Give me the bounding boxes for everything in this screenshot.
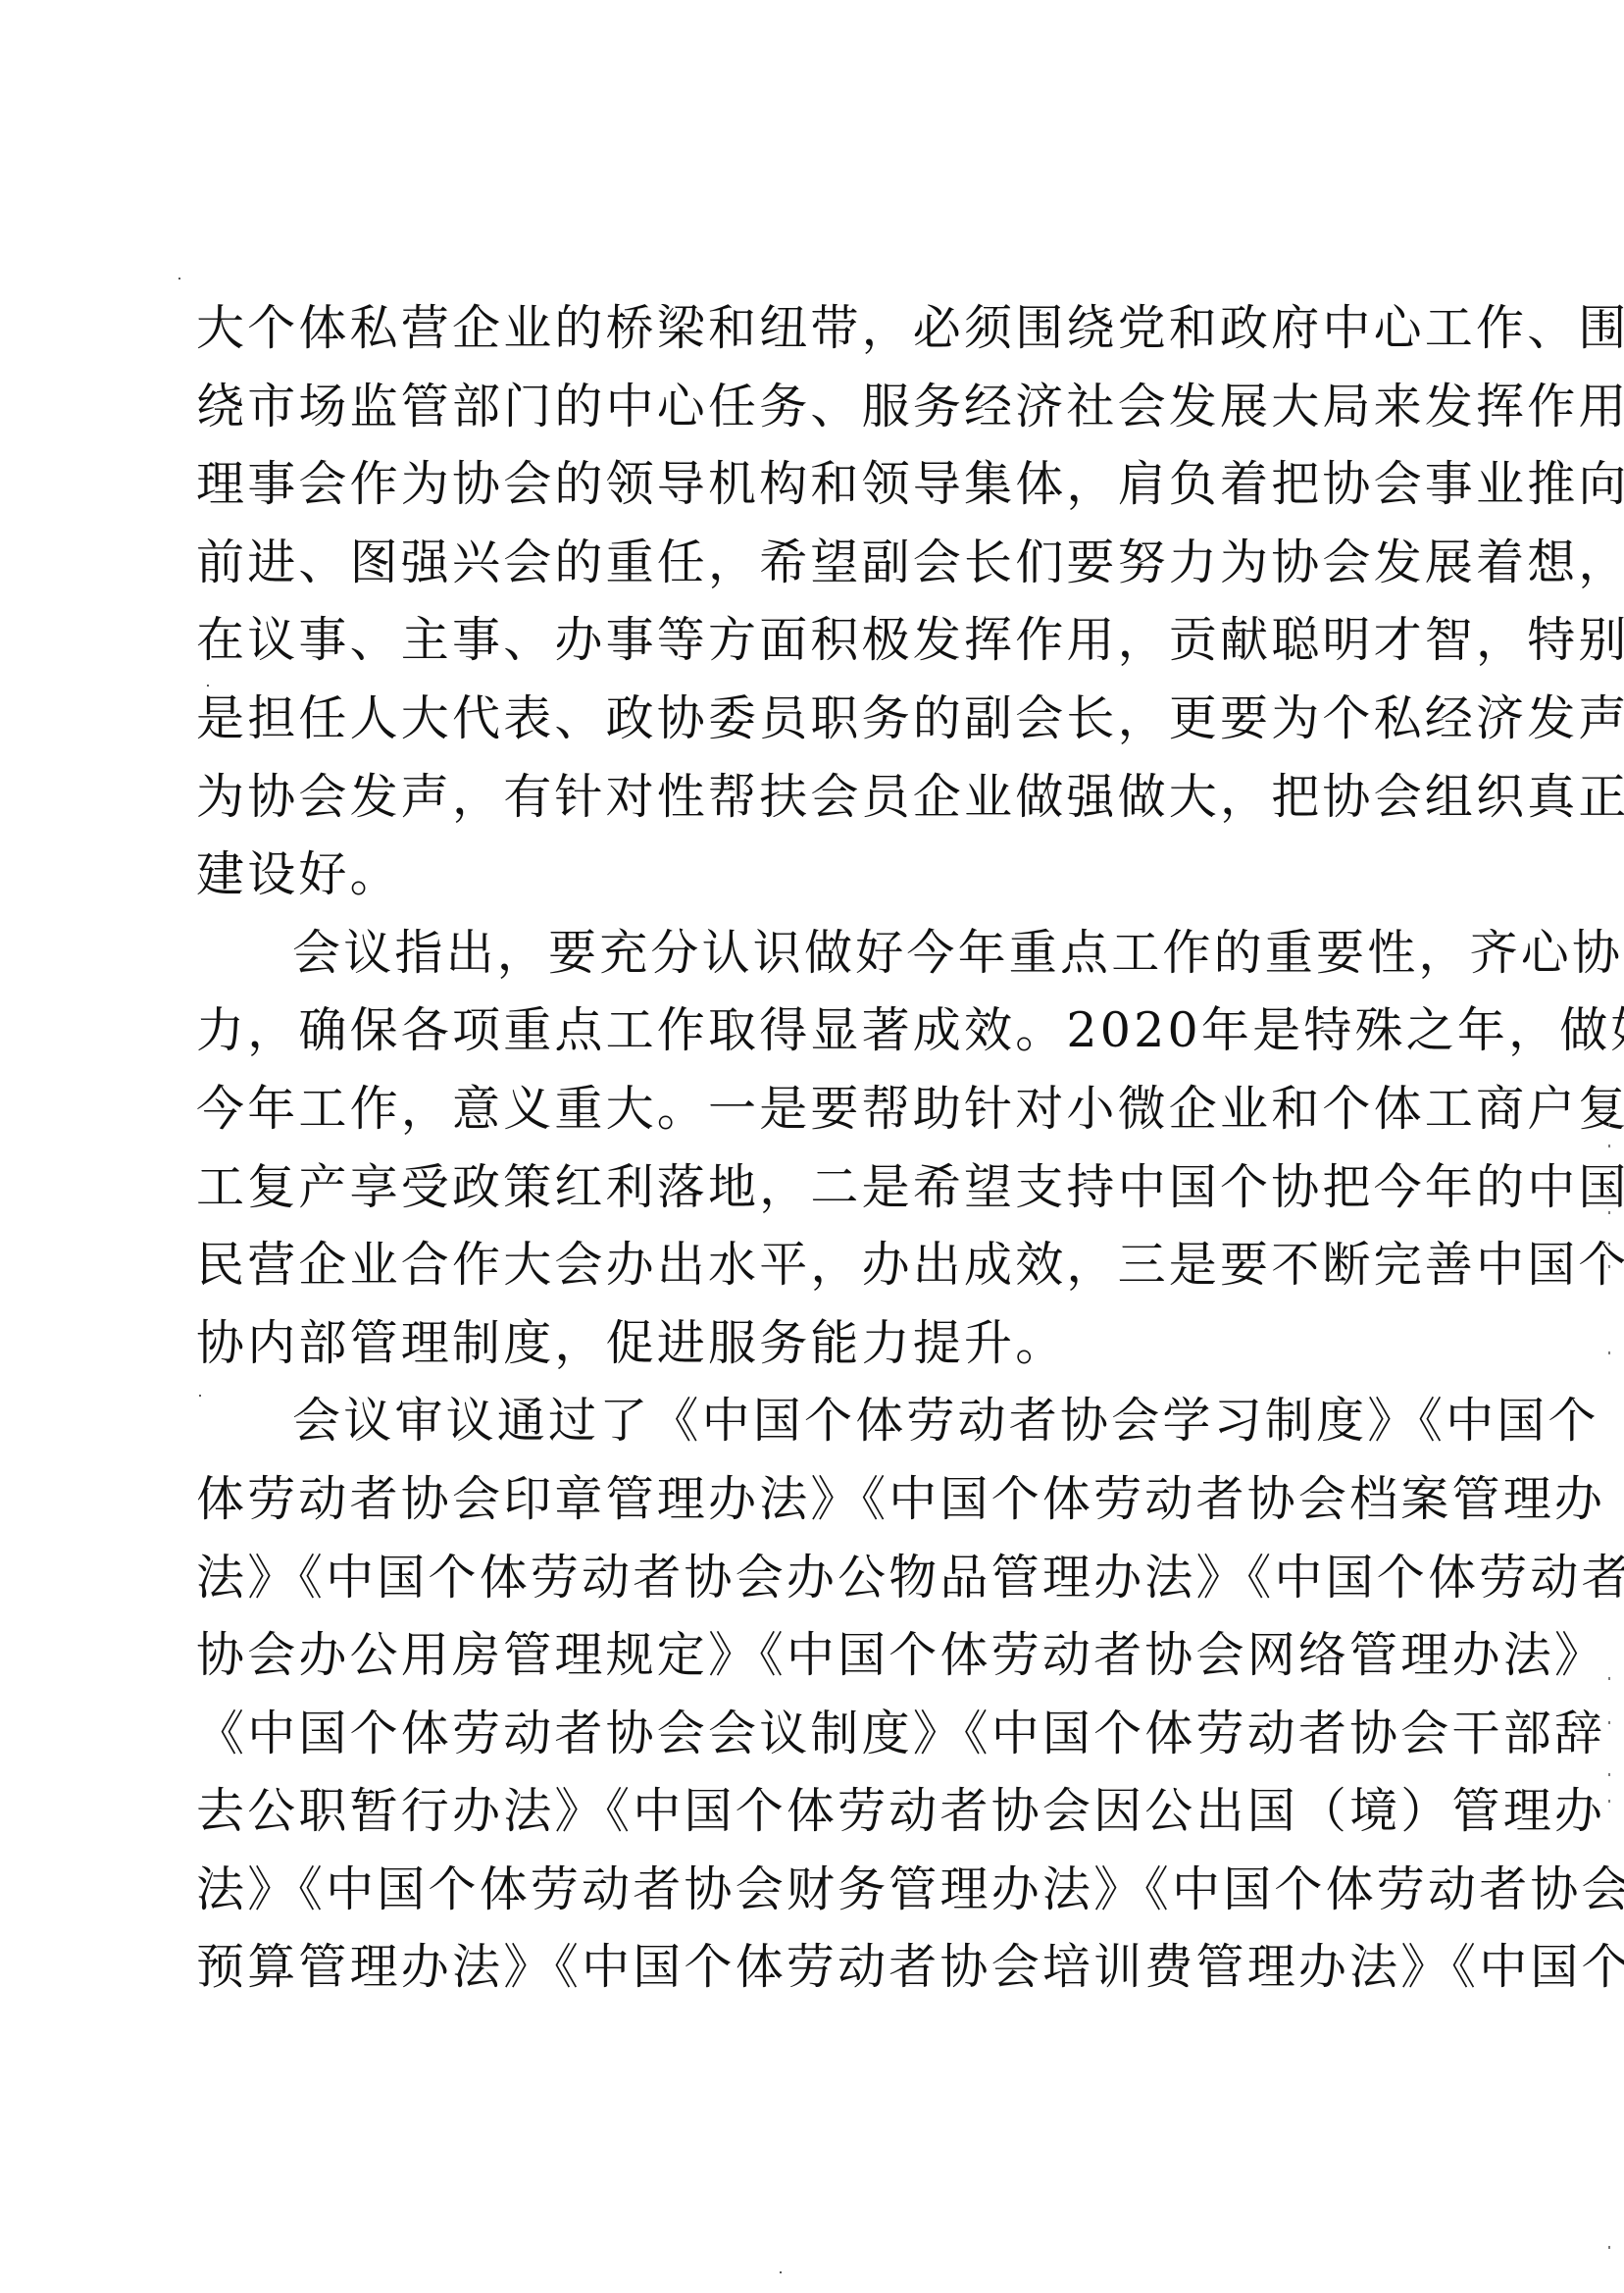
text-line: 工复产享受政策红利落地，二是希望支持中国个协把今年的中国 <box>196 1148 1434 1227</box>
document-body: 大个体私营企业的桥梁和纽带，必须围绕党和政府中心工作、围 绕市场监管部门的中心任… <box>196 289 1434 2007</box>
scan-speck <box>178 278 180 280</box>
text-line: 法》《中国个体劳动者协会财务管理办法》《中国个体劳动者协会 <box>196 1851 1434 1929</box>
scan-edge-mark <box>1608 1211 1610 1214</box>
text-line: 是担任人大代表、政协委员职务的副会长，更要为个私经济发声， <box>196 680 1434 758</box>
text-line: 体劳动者协会印章管理办法》《中国个体劳动者协会档案管理办 <box>196 1460 1434 1539</box>
paragraph-1: 大个体私营企业的桥梁和纽带，必须围绕党和政府中心工作、围 绕市场监管部门的中心任… <box>196 289 1434 914</box>
text-line: 民营企业合作大会办出水平，办出成效，三是要不断完善中国个 <box>196 1226 1434 1304</box>
text-line: 绕市场监管部门的中心任务、服务经济社会发展大局来发挥作用。 <box>196 368 1434 446</box>
text-line: 协内部管理制度，促进服务能力提升。 <box>196 1304 1434 1383</box>
scan-edge-mark <box>1608 1123 1610 1126</box>
scan-edge-mark <box>1608 1351 1610 1354</box>
text-line: 法》《中国个体劳动者协会办公物品管理办法》《中国个体劳动者 <box>196 1539 1434 1617</box>
text-line: 在议事、主事、办事等方面积极发挥作用，贡献聪明才智，特别 <box>196 601 1434 680</box>
text-line: 《中国个体劳动者协会会议制度》《中国个体劳动者协会干部辞 <box>196 1695 1434 1773</box>
text-line: 预算管理办法》《中国个体劳动者协会培训费管理办法》《中国个 <box>196 1928 1434 2007</box>
scan-edge-mark <box>1608 1243 1610 1246</box>
paragraph-3: 会议审议通过了《中国个体劳动者协会学习制度》《中国个 体劳动者协会印章管理办法》… <box>196 1382 1434 2007</box>
text-line: 去公职暂行办法》《中国个体劳动者协会因公出国（境）管理办 <box>196 1772 1434 1851</box>
scan-speck <box>207 685 209 687</box>
scan-edge-mark <box>1608 2246 1610 2249</box>
scan-edge-mark <box>1608 1265 1610 1268</box>
scan-edge-mark <box>1608 1800 1610 1803</box>
scan-edge-mark <box>1608 1108 1610 1111</box>
text-line: 建设好。 <box>196 836 1434 914</box>
text-line: 为协会发声，有针对性帮扶会员企业做强做大，把协会组织真正 <box>196 758 1434 837</box>
text-line: 力，确保各项重点工作取得显著成效。2020年是特殊之年，做好 <box>196 992 1434 1070</box>
scan-speck <box>780 2271 782 2273</box>
text-line: 协会办公用房管理规定》《中国个体劳动者协会网络管理办法》 <box>196 1616 1434 1695</box>
text-line: 会议审议通过了《中国个体劳动者协会学习制度》《中国个 <box>196 1382 1434 1460</box>
paragraph-2: 会议指出，要充分认识做好今年重点工作的重要性，齐心协 力，确保各项重点工作取得显… <box>196 914 1434 1383</box>
text-line: 大个体私营企业的桥梁和纽带，必须围绕党和政府中心工作、围 <box>196 289 1434 368</box>
scan-edge-mark <box>1608 1677 1610 1680</box>
text-line: 今年工作，意义重大。一是要帮助针对小微企业和个体工商户复 <box>196 1070 1434 1148</box>
text-line: 前进、图强兴会的重任，希望副会长们要努力为协会发展着想， <box>196 524 1434 602</box>
text-line: 会议指出，要充分认识做好今年重点工作的重要性，齐心协 <box>196 914 1434 993</box>
scan-speck <box>199 1395 201 1397</box>
scan-edge-mark <box>1608 1721 1610 1724</box>
text-line: 理事会作为协会的领导机构和领导集体，肩负着把协会事业推向 <box>196 445 1434 524</box>
scan-edge-mark <box>1608 1773 1610 1776</box>
document-page: 大个体私营企业的桥梁和纽带，必须围绕党和政府中心工作、围 绕市场监管部门的中心任… <box>0 0 1624 2293</box>
scan-edge-mark <box>1608 1145 1610 1147</box>
